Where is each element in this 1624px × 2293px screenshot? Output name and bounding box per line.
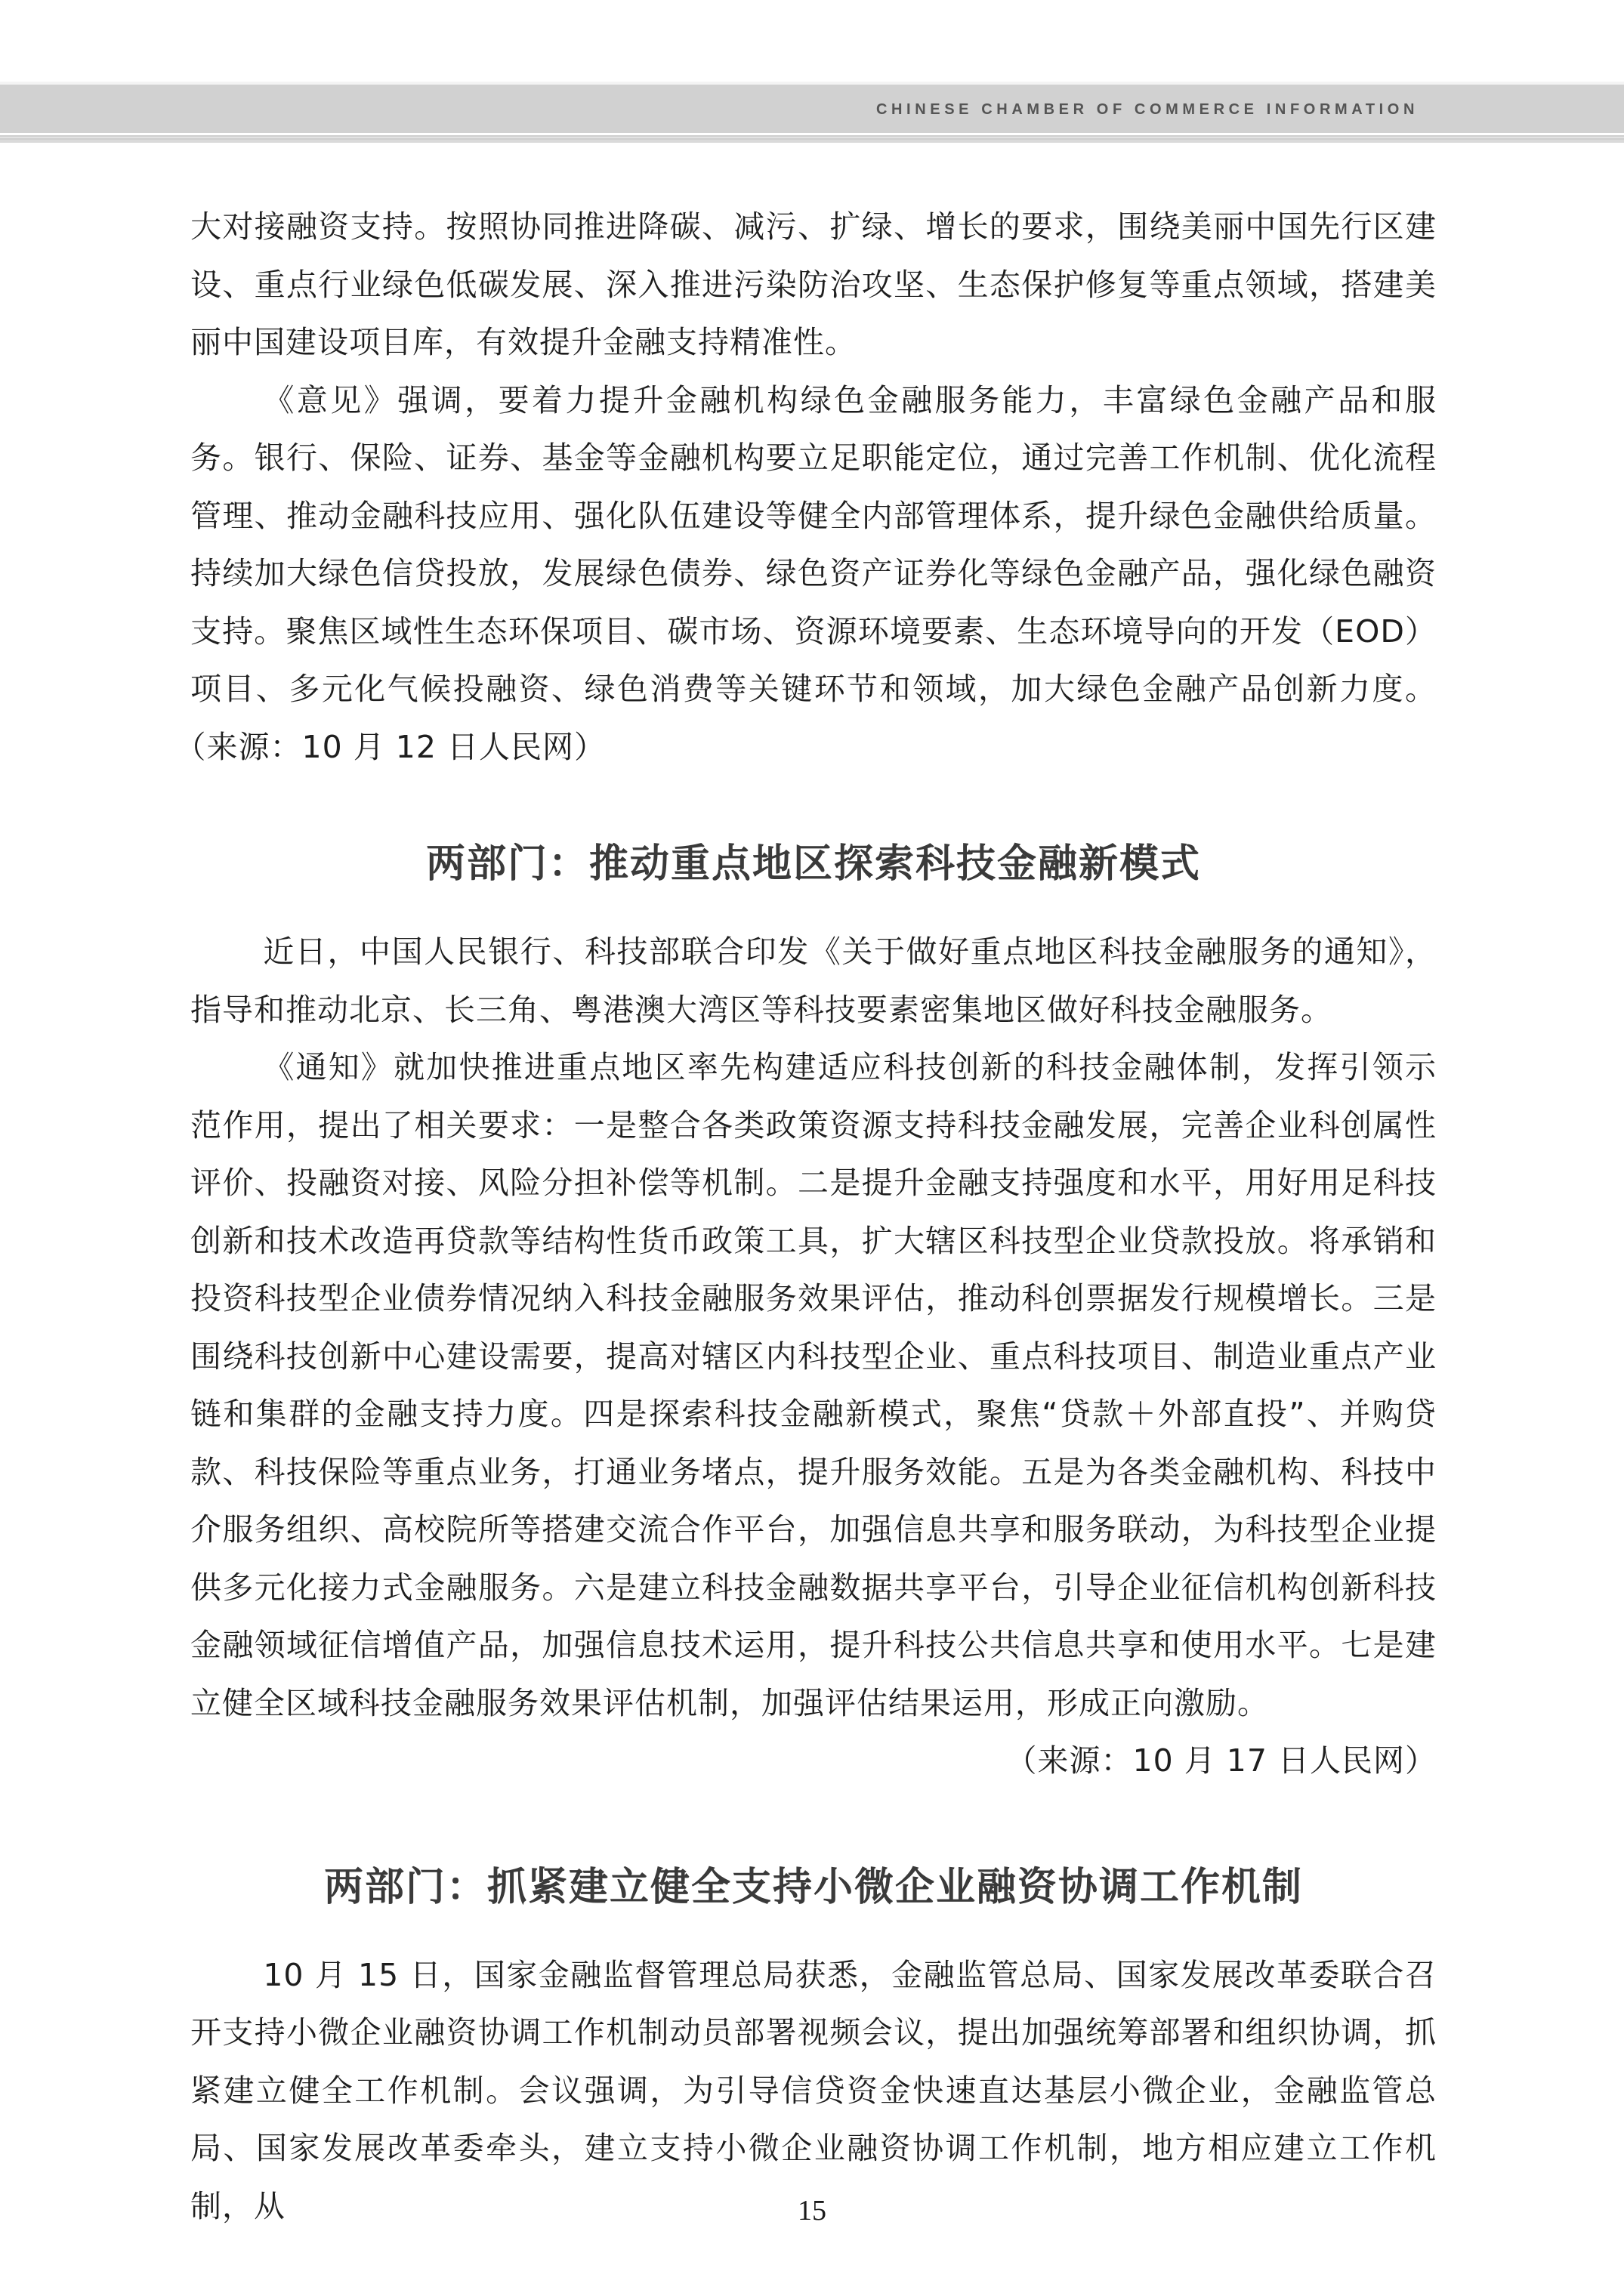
page-number: 15 xyxy=(0,2194,1624,2227)
page-content: 大对接融资支持。按照协同推进降碳、减污、扩绿、增长的要求，围绕美丽中国先行区建设… xyxy=(190,198,1437,2235)
article-heading: 两部门：推动重点地区探索科技金融新模式 xyxy=(190,832,1437,888)
article-tech-finance: 两部门：推动重点地区探索科技金融新模式 近日，中国人民银行、科技部联合印发《关于… xyxy=(190,832,1437,1790)
article-small-micro: 两部门：抓紧建立健全支持小微企业融资协调工作机制 10 月 15 日，国家金融监… xyxy=(190,1855,1437,2236)
header-divider xyxy=(0,135,1624,143)
paragraph: 近日，中国人民银行、科技部联合印发《关于做好重点地区科技金融服务的通知》，指导和… xyxy=(190,923,1437,1038)
article-continued: 大对接融资支持。按照协同推进降碳、减污、扩绿、增长的要求，围绕美丽中国先行区建设… xyxy=(190,198,1437,776)
paragraph-text: 《意见》强调，要着力提升金融机构绿色金融服务能力，丰富绿色金融产品和服务。银行、… xyxy=(190,382,1437,708)
source-citation: （来源：10 月 17 日人民网） xyxy=(933,1732,1437,1790)
paragraph: 《意见》强调，要着力提升金融机构绿色金融服务能力，丰富绿色金融产品和服务。银行、… xyxy=(190,372,1437,776)
running-header: CHINESE CHAMBER OF COMMERCE INFORMATION xyxy=(0,82,1624,133)
source-citation: （来源：10 月 12 日人民网） xyxy=(190,729,606,765)
article-heading: 两部门：抓紧建立健全支持小微企业融资协调工作机制 xyxy=(190,1855,1437,1912)
paragraph-text: 《通知》就加快推进重点地区率先构建适应科技创新的科技金融体制，发挥引领示范作用，… xyxy=(190,1049,1437,1721)
paragraph: 《通知》就加快推进重点地区率先构建适应科技创新的科技金融体制，发挥引领示范作用，… xyxy=(190,1038,1437,1790)
paragraph: 10 月 15 日，国家金融监督管理总局获悉，金融监管总局、国家发展改革委联合召… xyxy=(190,1946,1437,2236)
paragraph: 大对接融资支持。按照协同推进降碳、减污、扩绿、增长的要求，围绕美丽中国先行区建设… xyxy=(190,198,1437,372)
publication-title: CHINESE CHAMBER OF COMMERCE INFORMATION xyxy=(876,101,1419,119)
